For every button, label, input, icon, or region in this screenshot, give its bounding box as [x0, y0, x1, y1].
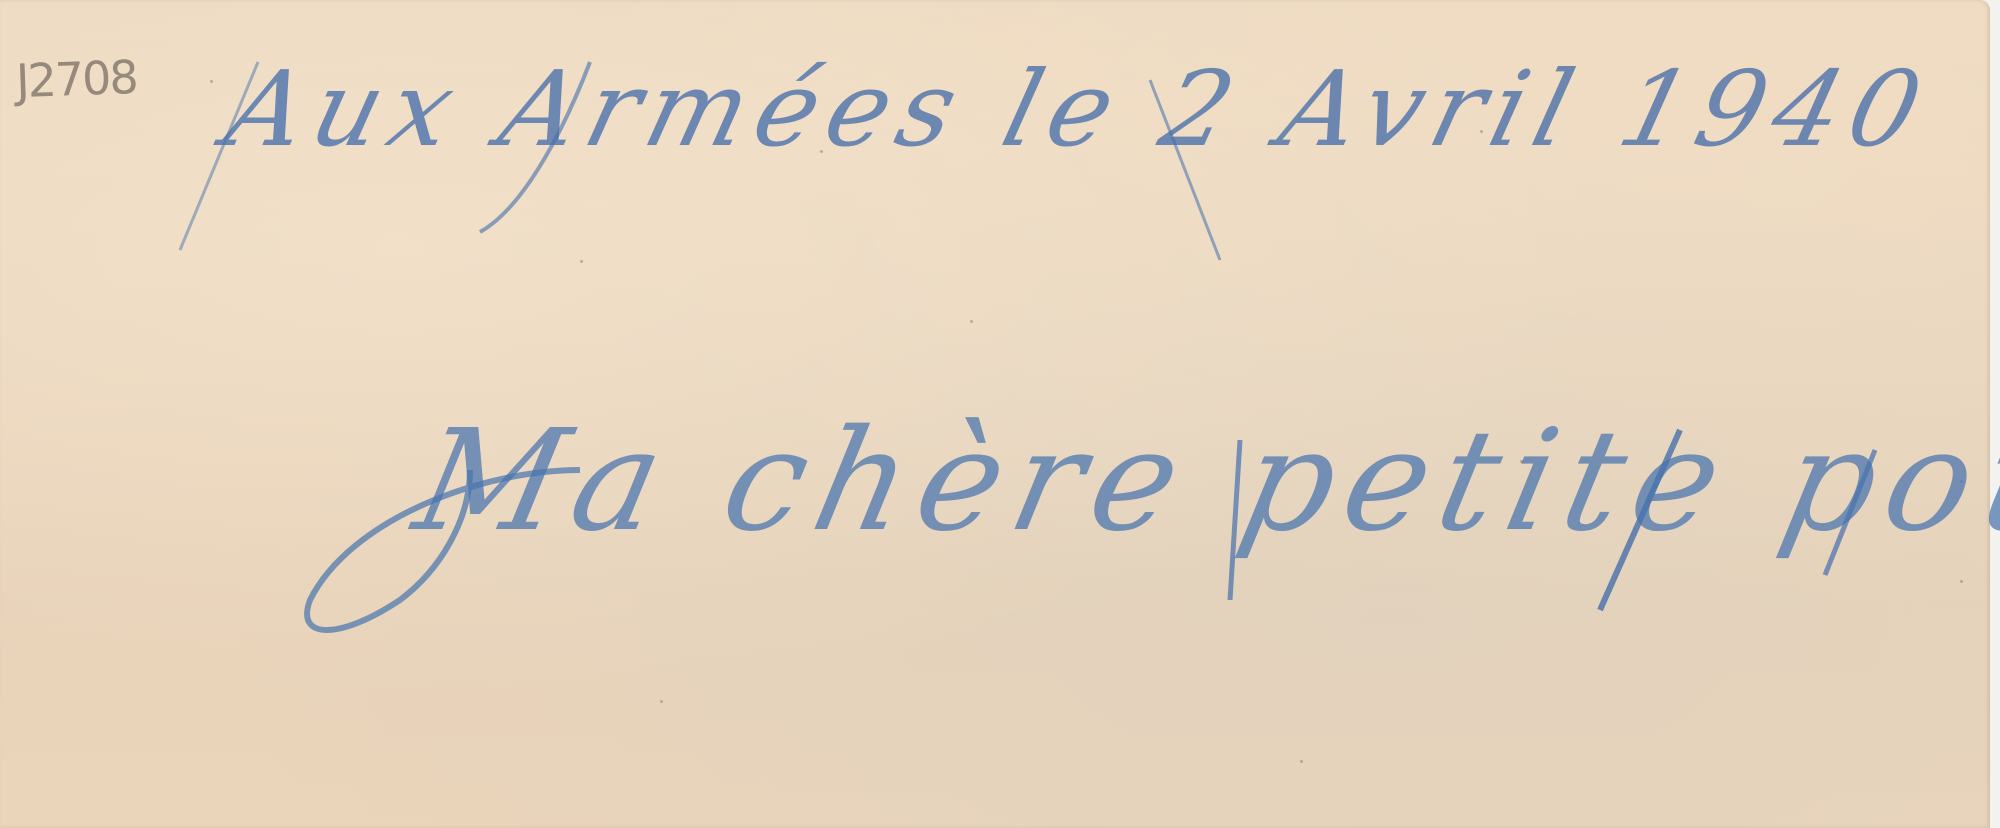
paper-speck — [1960, 580, 1963, 583]
paper-speck — [660, 700, 663, 703]
paper-speck — [210, 80, 213, 83]
document-scan: J2708 Aux Armées le 2 Avril 1940 Ma chèr… — [0, 0, 2000, 828]
paper-speck — [1300, 760, 1303, 763]
letter-heading-date-line: Aux Armées le 2 Avril 1940 — [215, 48, 1943, 170]
letter-salutation: Ma chère petite poupée — [403, 400, 2000, 563]
paper-speck — [970, 320, 973, 323]
paper-speck — [580, 260, 583, 263]
catalog-number: J2708 — [15, 50, 137, 108]
